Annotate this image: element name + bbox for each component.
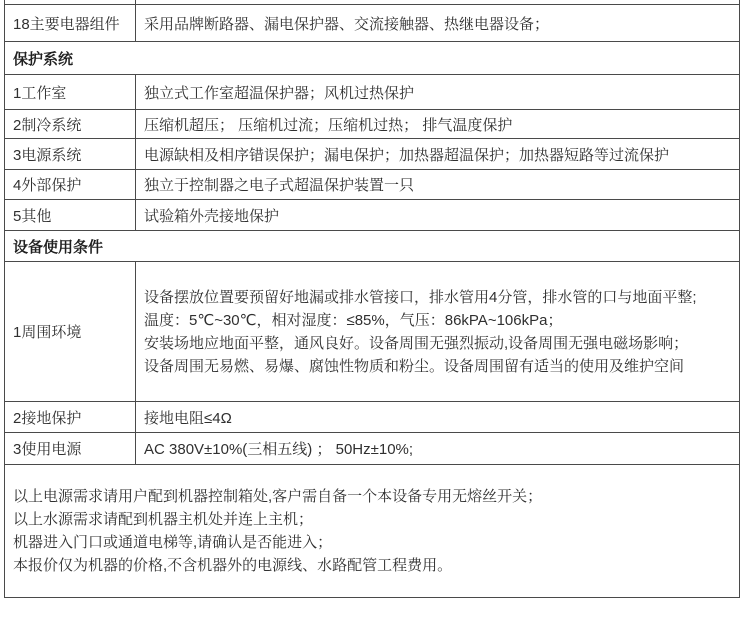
note-line: 本报价仅为机器的价格,不含机器外的电源线、水路配管工程费用。: [13, 554, 731, 577]
table-row: 2接地保护 接地电阻≤4Ω: [5, 402, 740, 433]
row-label: 1工作室: [5, 75, 136, 110]
row-label: 3使用电源: [5, 433, 136, 465]
note-line: 机器进入门口或通道电梯等,请确认是否能进入；: [13, 531, 731, 554]
table-row: 1工作室 独立式工作室超温保护器；风机过热保护: [5, 75, 740, 110]
table-row: 3电源系统 电源缺相及相序错误保护；漏电保护；加热器超温保护；加热器短路等过流保…: [5, 139, 740, 170]
table-row: 5其他 试验箱外壳接地保护: [5, 200, 740, 231]
note-line: 以上电源需求请用户配到机器控制箱处,客户需自备一个本设备专用无熔丝开关；: [13, 485, 731, 508]
row-label: 2接地保护: [5, 402, 136, 433]
row-value: 独立于控制器之电子式超温保护装置一只: [136, 170, 740, 200]
table-row: 18主要电器组件 采用品牌断路器、漏电保护器、交流接触器、热继电器设备；: [5, 5, 740, 42]
row-label: 18主要电器组件: [5, 5, 136, 42]
row-value: 独立式工作室超温保护器；风机过热保护: [136, 75, 740, 110]
table-row-environment: 1周围环境 设备摆放位置要预留好地漏或排水管接口，排水管用4分管，排水管的口与地…: [5, 262, 740, 402]
env-line: 安装场地应地面平整，通风良好。设备周围无强烈振动,设备周围无强电磁场影响；: [144, 332, 731, 355]
row-label: 4外部保护: [5, 170, 136, 200]
table-row: 2制冷系统 压缩机超压； 压缩机过流；压缩机过热； 排气温度保护: [5, 110, 740, 139]
row-label: 3电源系统: [5, 139, 136, 170]
row-label: 1周围环境: [5, 262, 136, 402]
section-row-protection-system: 保护系统: [5, 42, 740, 75]
spec-table: 18主要电器组件 采用品牌断路器、漏电保护器、交流接触器、热继电器设备； 保护系…: [4, 0, 740, 598]
row-value: 接地电阻≤4Ω: [136, 402, 740, 433]
row-label: 5其他: [5, 200, 136, 231]
section-row-usage-conditions: 设备使用条件: [5, 231, 740, 262]
section-header: 保护系统: [5, 42, 740, 75]
row-value: 试验箱外壳接地保护: [136, 200, 740, 231]
row-value: 电源缺相及相序错误保护；漏电保护；加热器超温保护；加热器短路等过流保护: [136, 139, 740, 170]
env-line: 设备周围无易燃、易爆、腐蚀性物质和粉尘。设备周围留有适当的使用及维护空间: [144, 355, 731, 378]
table-row: 3使用电源 AC 380V±10%(三相五线) ； 50Hz±10%;: [5, 433, 740, 465]
section-header: 设备使用条件: [5, 231, 740, 262]
notes-cell: 以上电源需求请用户配到机器控制箱处,客户需自备一个本设备专用无熔丝开关； 以上水…: [5, 465, 740, 598]
env-line: 温度：5℃~30℃，相对湿度：≤85%，气压：86kPA~106kPa；: [144, 309, 731, 332]
row-value: AC 380V±10%(三相五线) ； 50Hz±10%;: [136, 433, 740, 465]
note-line: 以上水源需求请配到机器主机处并连上主机；: [13, 508, 731, 531]
row-value: 采用品牌断路器、漏电保护器、交流接触器、热继电器设备；: [136, 5, 740, 42]
env-line: 设备摆放位置要预留好地漏或排水管接口，排水管用4分管，排水管的口与地面平整;: [144, 286, 731, 309]
row-label: 2制冷系统: [5, 110, 136, 139]
document-page: { "colors":{ "border":"#4a4a4a", "text":…: [0, 0, 746, 620]
notes-row: 以上电源需求请用户配到机器控制箱处,客户需自备一个本设备专用无熔丝开关； 以上水…: [5, 465, 740, 598]
row-value: 压缩机超压； 压缩机过流；压缩机过热； 排气温度保护: [136, 110, 740, 139]
row-value-multiline: 设备摆放位置要预留好地漏或排水管接口，排水管用4分管，排水管的口与地面平整; 温…: [136, 262, 740, 402]
table-row: 4外部保护 独立于控制器之电子式超温保护装置一只: [5, 170, 740, 200]
